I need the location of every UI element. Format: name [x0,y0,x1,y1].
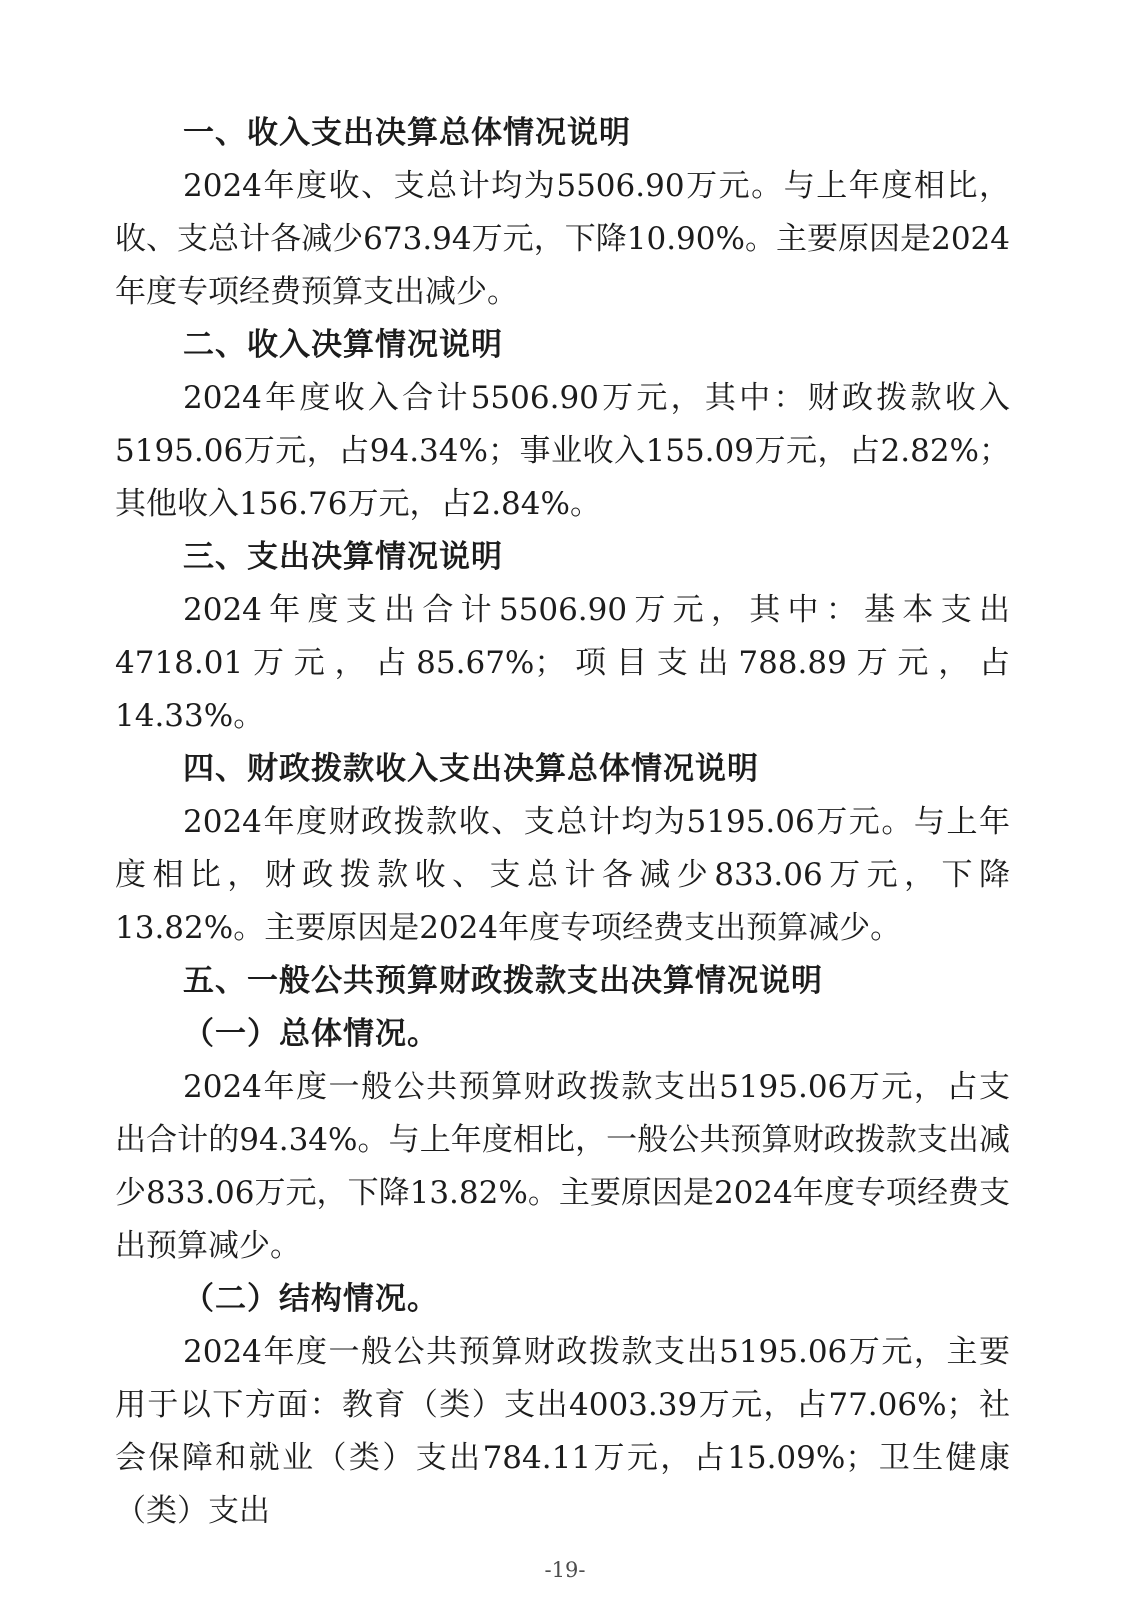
section-4-paragraph: 2024年度财政拨款收、支总计均为5195.06万元。与上年度相比，财政拨款收、… [115,796,1010,955]
document-page: 一、收入支出决算总体情况说明 2024年度收、支总计均为5506.90万元。与上… [0,0,1130,1600]
section-4-heading: 四、财政拨款收入支出决算总体情况说明 [115,743,1010,796]
section-1-paragraph: 2024年度收、支总计均为5506.90万元。与上年度相比，收、支总计各减少67… [115,160,1010,319]
section-2-paragraph: 2024年度收入合计5506.90万元，其中：财政拨款收入5195.06万元，占… [115,372,1010,531]
section-5-paragraph-2: 2024年度一般公共预算财政拨款支出5195.06万元，主要用于以下方面：教育（… [115,1326,1010,1538]
section-5-subheading-2: （二）结构情况。 [115,1273,1010,1326]
section-2-heading: 二、收入决算情况说明 [115,319,1010,372]
section-5-heading: 五、一般公共预算财政拨款支出决算情况说明 [115,955,1010,1008]
section-3-paragraph: 2024年度支出合计5506.90万元，其中：基本支出4718.01万元，占85… [115,584,1010,743]
section-3-heading: 三、支出决算情况说明 [115,531,1010,584]
section-5-subheading-1: （一）总体情况。 [115,1008,1010,1061]
section-1-heading: 一、收入支出决算总体情况说明 [115,107,1010,160]
page-number: -19- [0,1558,1130,1582]
document-content: 一、收入支出决算总体情况说明 2024年度收、支总计均为5506.90万元。与上… [115,107,1010,1538]
section-5-paragraph-1: 2024年度一般公共预算财政拨款支出5195.06万元，占支出合计的94.34%… [115,1061,1010,1273]
